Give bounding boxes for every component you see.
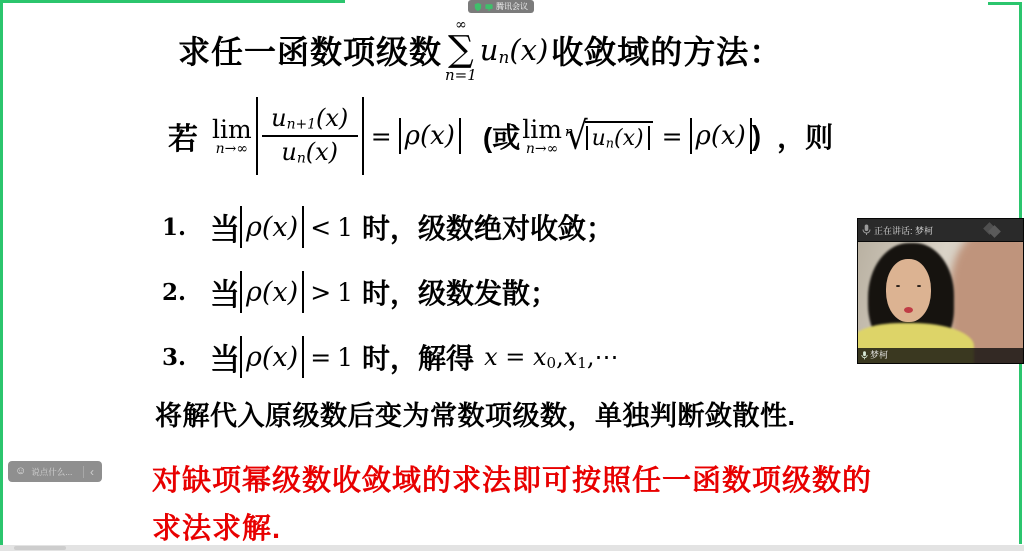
sigma-glyph: ∑ [448, 32, 474, 68]
webcam-panel[interactable]: 正在讲话: 梦柯 梦柯 [857, 218, 1024, 364]
sum-lower-limit: n=1 [445, 68, 477, 83]
if-word: 若 [168, 114, 198, 158]
chat-placeholder-text[interactable]: 说点什么... [31, 466, 72, 478]
solution-points: x = x0,x1,⋯ [484, 343, 618, 372]
divider [83, 466, 84, 478]
chat-input-pill[interactable]: ☺ 说点什么... ‹ [8, 461, 102, 482]
rho-of-x: ρ(x) [405, 121, 455, 151]
shield-icon [474, 3, 482, 11]
share-border-left [0, 0, 3, 545]
abs-rho-item: ρ(x) [240, 206, 304, 248]
abs-rho-item: ρ(x) [240, 336, 304, 378]
emoji-icon[interactable]: ☺ [15, 466, 26, 477]
relation-sign: > [310, 278, 331, 307]
case-item-1: 1. 当 ρ(x) < 1 时，级数绝对收敛； [162, 200, 614, 254]
title-tail-text: 收敛域的方法： [551, 27, 782, 73]
screen-share-icon [485, 3, 493, 11]
relation-sign: = [310, 343, 331, 372]
bottom-edge-strip [0, 545, 1024, 551]
participant-face-shape [886, 259, 931, 322]
case-item-2: 2. 当 ρ(x) > 1 时，级数发散； [162, 265, 558, 319]
series-term: un(x) [480, 33, 549, 67]
relation-sign: < [310, 213, 331, 242]
ratio-fraction: un+1(x) un(x) [262, 105, 358, 166]
nth-root: n √ un(x) [566, 119, 653, 153]
when-word: 当 [210, 205, 240, 249]
speaking-now-label: 正在讲话: 梦柯 [874, 224, 933, 237]
meeting-toolbar-pill[interactable]: 腾讯会议 [468, 0, 534, 13]
share-border-top-right [988, 2, 1022, 5]
highlight-line-2: 求法求解. [152, 506, 281, 547]
share-border-top-left [0, 0, 345, 3]
bound-value: 1 [337, 278, 353, 307]
webcam-header: 正在讲话: 梦柯 [858, 219, 1023, 242]
webcam-video: 梦柯 [858, 242, 1023, 363]
rho-of-x-item: ρ(x) [246, 212, 298, 243]
participant-name-tag: 梦柯 [858, 348, 1023, 363]
radical-sign: √ [566, 117, 588, 155]
fraction-denominator: un(x) [281, 139, 338, 167]
bound-value: 1 [337, 213, 353, 242]
participant-name-text: 梦柯 [870, 351, 888, 360]
mic-icon [861, 351, 868, 360]
speaker-mic-icon [862, 224, 871, 236]
condition-line: 若 lim n→∞ un+1(x) un(x) = ρ(x) (或 lim n→… [168, 92, 833, 180]
or-open-paren: (或 [483, 116, 520, 156]
bottom-edge-tab [14, 546, 66, 550]
note-text: 将解代入原级数后变为常数项级数，单独判断敛散性. [155, 394, 796, 433]
slide-title: 求任一函数项级数 ∞ ∑ n=1 un(x) 收敛域的方法： [178, 14, 782, 86]
equals-sign-2: = [662, 122, 683, 151]
rho-of-x-item: ρ(x) [246, 342, 298, 373]
rho-of-x-item: ρ(x) [246, 277, 298, 308]
close-paren: ) [752, 120, 761, 152]
item-conclusion: 时，级数绝对收敛； [362, 207, 614, 247]
abs-ratio: un+1(x) un(x) [256, 97, 364, 175]
limit-root: lim n→∞ [522, 117, 562, 156]
bound-value: 1 [337, 343, 353, 372]
abs-rho: ρ(x) [399, 118, 461, 154]
title-lead-text: 求任一函数项级数 [178, 27, 442, 73]
item-number: 3. [162, 344, 186, 371]
limit-ratio: lim n→∞ [212, 117, 252, 156]
layout-switch-button[interactable] [985, 224, 999, 236]
shared-screen: 腾讯会议 求任一函数项级数 ∞ ∑ n=1 un(x) 收敛域的方法： 若 li… [0, 0, 1024, 551]
item-number: 2. [162, 279, 186, 306]
abs-term: un(x) [586, 126, 650, 151]
abs-rho-item: ρ(x) [240, 271, 304, 313]
then-word: ，则 [777, 116, 833, 156]
fraction-bar [262, 135, 358, 137]
case-item-3: 3. 当 ρ(x) = 1 时，解得 x = x0,x1,⋯ [162, 330, 618, 384]
radicand: un(x) [585, 121, 653, 151]
app-name-label: 腾讯会议 [496, 3, 528, 11]
lips-shape [904, 307, 913, 313]
fraction-numerator: un+1(x) [271, 105, 348, 133]
when-word: 当 [210, 270, 240, 314]
when-word: 当 [210, 335, 240, 379]
u-n-of-x: un(x) [592, 126, 644, 151]
abs-rho-2: ρ(x) [690, 118, 752, 154]
highlight-text-2: 求法求解. [152, 506, 281, 547]
rho-of-x-2: ρ(x) [696, 121, 746, 151]
highlight-text-1: 对缺项幂级数收敛域的求法即可按照任一函数项级数的 [152, 458, 872, 499]
item-number: 1. [162, 214, 186, 241]
note-line: 将解代入原级数后变为常数项级数，单独判断敛散性. [155, 394, 796, 433]
equals-sign: = [371, 122, 392, 151]
summation-symbol: ∞ ∑ n=1 [445, 18, 477, 83]
item-conclusion: 时，解得 [362, 337, 474, 377]
collapse-chevron-icon[interactable]: ‹ [89, 466, 95, 478]
item-conclusion: 时，级数发散； [362, 272, 558, 312]
eye-shape [896, 285, 900, 287]
eye-shape [917, 285, 921, 287]
highlight-line-1: 对缺项幂级数收敛域的求法即可按照任一函数项级数的 [152, 458, 872, 499]
